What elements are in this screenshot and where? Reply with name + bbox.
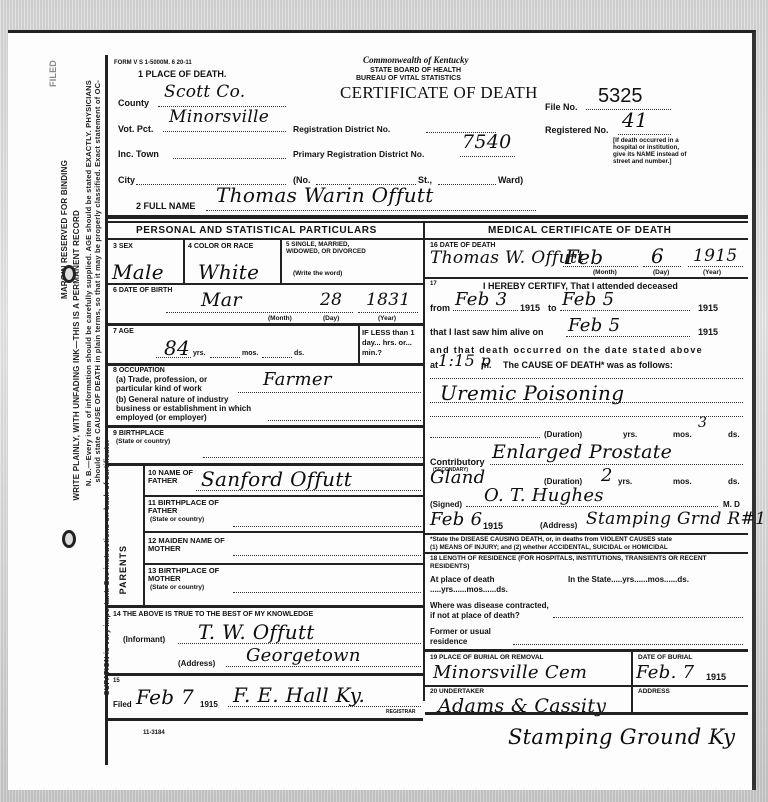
divider (425, 649, 748, 652)
divider (108, 323, 423, 326)
dob-year-field: 1831 (358, 293, 418, 313)
mother-birthplace-hint: (State or country) (150, 584, 204, 591)
contributory-months-label: mos. (673, 477, 692, 486)
full-name-value: Thomas Warin Offutt (216, 183, 434, 207)
contributory-label: Contributory (430, 457, 485, 467)
days-label: ds. (294, 350, 304, 357)
cause-line (430, 407, 743, 417)
vot-pct-value: Minorsville (169, 107, 269, 127)
registered-no-label: Registered No. (545, 125, 609, 135)
dob-label: 6 DATE OF BIRTH (113, 287, 172, 294)
registration-district-label: Registration District No. (293, 124, 390, 134)
burial-date-value: Feb. 7 (636, 662, 694, 683)
board-heading: STATE BOARD OF HEALTH (370, 67, 461, 74)
father-birthplace-field (233, 521, 421, 527)
marital-status-label: 5 SINGLE, MARRIED, WIDOWED, OR DIVORCED (286, 241, 366, 255)
signed-field: O. T. Hughes (466, 487, 718, 507)
birthplace-field (203, 450, 423, 458)
dob-year-value: 1831 (366, 290, 410, 310)
contributory-value: Enlarged Prostate (492, 441, 672, 463)
certify-number: 17 (430, 281, 437, 287)
vot-pct-label: Vot. Pct. (118, 124, 153, 134)
hospital-note: [If death occurred in a hospital or inst… (613, 137, 688, 165)
residence-at-place: At place of death .....yrs......mos.....… (430, 575, 560, 595)
city-label: City (118, 175, 135, 185)
inc-town-field (173, 149, 286, 159)
father-name-field: Sanford Offutt (196, 467, 421, 491)
duration-months-label: mos. (673, 430, 692, 439)
death-day-value: 6 (651, 244, 664, 268)
county-value: Scott Co. (164, 82, 246, 102)
contributory-duration-years-value: 2 (601, 465, 613, 486)
father-birthplace-hint: (State or country) (150, 516, 204, 523)
last-saw-field: Feb 5 (566, 317, 690, 337)
duration-label: (Duration) (544, 430, 582, 439)
birthplace-hint: (State or country) (116, 438, 170, 445)
divider (280, 238, 282, 283)
divider (108, 463, 423, 466)
informant-heading: 14 THE ABOVE IS TRUE TO THE BEST OF MY K… (113, 611, 313, 618)
to-date-field: Feb 5 (560, 291, 690, 311)
contributory-days-label: ds. (728, 477, 740, 486)
filed-label: Filed (113, 700, 132, 709)
physician-address-label: (Address) (540, 521, 577, 530)
to-label: to (548, 303, 557, 313)
former-residence-field (513, 639, 743, 645)
occupation-a-label: (a) Trade, profession, or particular kin… (116, 375, 236, 393)
registrar-label: REGISTRAR (386, 709, 415, 715)
divider (143, 495, 423, 497)
bureau-heading: BUREAU OF VITAL STATISTICS (356, 75, 461, 82)
if-less-than-day: IF LESS than 1 day... hrs. or... min.? (362, 328, 424, 358)
signed-label: (Signed) (430, 500, 462, 509)
death-month-value: Feb (565, 245, 603, 269)
divider (425, 685, 748, 687)
footnote-line-1: *State the DISEASE CAUSING DEATH, or, in… (430, 536, 672, 543)
divider (183, 238, 185, 283)
physician-address-value: Stamping Grnd R#1 (586, 509, 766, 529)
divider (143, 563, 423, 565)
sex-value: Male (112, 260, 164, 284)
mother-birthplace-field (233, 587, 421, 593)
file-no-field: 5325 (586, 85, 671, 110)
divider (108, 283, 423, 285)
informant-address-field: Georgetown (226, 647, 421, 667)
nb-instructions-line1: N. B.—Every item of information should b… (84, 80, 93, 486)
former-residence-label: Former or usual residence (430, 627, 510, 647)
registered-no-value: 41 (622, 108, 648, 132)
death-month-caption: (Month) (593, 269, 617, 276)
divider (425, 277, 748, 279)
mother-maiden-name-label: 12 MAIDEN NAME OF MOTHER (148, 537, 228, 553)
divider (425, 712, 748, 715)
marital-status-hint: (Write the word) (293, 270, 342, 277)
filed-stamp: FILED (48, 60, 58, 87)
from-label: from (430, 303, 450, 313)
primary-registration-label: Primary Registration District No. (293, 149, 424, 159)
divider (108, 673, 423, 676)
last-saw-value: Feb 5 (568, 315, 620, 336)
duration-days-label: ds. (728, 430, 740, 439)
age-years-field: 84 (156, 338, 191, 358)
primary-registration-value: 7540 (462, 131, 512, 153)
contributory-field: Enlarged Prostate (490, 443, 743, 465)
deceased-name-written: Thomas W. Offutt (430, 248, 584, 268)
file-no-value: 5325 (598, 85, 643, 108)
month-caption: (Month) (268, 315, 292, 322)
death-month-field: Feb (563, 247, 638, 267)
birthplace-label: 9 BIRTHPLACE (113, 430, 164, 437)
informant-address-label: (Address) (178, 659, 215, 668)
occupation-a-field: Farmer (238, 373, 421, 393)
cause-of-death-label: The CAUSE OF DEATH* was as follows: (503, 360, 673, 370)
occupation-b-field (268, 413, 421, 421)
signed-physician-value: O. T. Hughes (484, 485, 604, 506)
column-divider (423, 221, 425, 701)
death-year-field: 1915 (688, 247, 743, 267)
commonwealth-heading: Commonwealth of Kentucky (363, 55, 469, 65)
age-months-field (210, 350, 240, 358)
race-label: 4 COLOR OR RACE (188, 243, 253, 250)
where-contracted-field (553, 612, 743, 618)
binding-hole-icon (62, 530, 76, 548)
undertaker-address-label: ADDRESS (638, 688, 670, 695)
registered-no-field: 41 (618, 113, 671, 135)
divider (143, 465, 145, 605)
divider (108, 718, 423, 721)
divider (425, 552, 748, 554)
from-year: 1915 (520, 303, 540, 313)
cause-field: Uremic Poisoning (430, 381, 743, 403)
mother-maiden-name-field (233, 550, 421, 556)
cause-value: Uremic Poisoning (440, 381, 624, 405)
death-year-caption: (Year) (703, 269, 721, 276)
divider (108, 238, 423, 240)
death-day-caption: (Day) (653, 269, 669, 276)
footnote-line-2: (1) MEANS OF INJURY; and (2) whether ACC… (430, 544, 668, 551)
race-value: White (198, 260, 259, 284)
certificate-form: FORM V S 1-5000M. 6 20-11 Commonwealth o… (105, 55, 750, 765)
dob-day-value: 28 (320, 290, 342, 310)
write-plainly-text: WRITE PLAINLY, WITH UNFADING INK—THIS IS… (72, 210, 81, 500)
to-year: 1915 (698, 303, 718, 313)
from-date-value: Feb 3 (455, 289, 507, 310)
death-day-field: 6 (643, 247, 681, 267)
vot-pct-field: Minorsville (163, 110, 286, 132)
cause-line (430, 373, 743, 379)
primary-registration-field: 7540 (460, 135, 515, 157)
primary-duration-months-value: 3 (698, 415, 707, 431)
to-date-value: Feb 5 (562, 289, 614, 310)
informant-label: (Informant) (123, 635, 165, 644)
age-days-field (262, 350, 292, 358)
occupation-b-label: (b) General nature of industry business … (116, 395, 256, 422)
burial-place-value: Minorsville Cem (433, 662, 587, 683)
divider (631, 652, 633, 712)
divider (425, 533, 748, 535)
form-code: FORM V S 1-5000M. 6 20-11 (114, 60, 192, 66)
signed-year-value: 1915 (483, 521, 503, 531)
where-contracted-label: Where was disease contracted, if not at … (430, 601, 550, 621)
county-label: County (118, 98, 149, 108)
nb-instructions-line2: should state CAUSE OF DEATH in plain ter… (93, 80, 102, 483)
medical-section-title: MEDICAL CERTIFICATE OF DEATH (488, 225, 671, 236)
months-label: mos. (242, 350, 258, 357)
county-field: Scott Co. (158, 85, 286, 107)
burial-year-value: 1915 (706, 672, 726, 682)
m-label: m. (481, 360, 492, 370)
occupation-value: Farmer (263, 369, 332, 390)
divider (108, 363, 423, 366)
filed-date-value: Feb 7 (136, 685, 194, 709)
certificate-title: CERTIFICATE OF DEATH (340, 83, 538, 103)
occupation-label: 8 OCCUPATION (113, 367, 165, 374)
residence-in-state: In the State.....yrs......mos......ds. (568, 575, 743, 585)
inc-town-label: Inc. Town (118, 149, 159, 159)
personal-section-title: PERSONAL AND STATISTICAL PARTICULARS (136, 225, 377, 236)
duration-years-label: yrs. (623, 430, 637, 439)
years-label: yrs. (193, 350, 205, 357)
signed-date-value: Feb 6 (430, 509, 482, 530)
duration-field (430, 430, 540, 438)
residence-heading: 18 LENGTH OF RESIDENCE (FOR HOSPITALS, I… (430, 555, 745, 571)
year-caption: (Year) (378, 315, 396, 322)
sex-label: 3 SEX (113, 243, 133, 250)
burial-place-label: 19 PLACE OF BURIAL OR REMOVAL (430, 654, 544, 661)
divider (425, 238, 748, 240)
full-name-field: Thomas Warin Offutt (206, 183, 536, 211)
burial-date-label: DATE OF BURIAL (638, 654, 692, 661)
divider (108, 221, 748, 223)
divider (358, 325, 360, 363)
informant-address-value: Georgetown (246, 645, 361, 666)
file-no-label: File No. (545, 102, 578, 112)
filed-number: 15 (113, 678, 120, 684)
father-name-value: Sanford Offutt (201, 467, 352, 491)
from-date-field: Feb 3 (453, 291, 518, 311)
contributory-value-2: Gland (430, 467, 485, 488)
at-label: at (430, 360, 438, 370)
age-years-value: 84 (164, 336, 190, 360)
mother-birthplace-label: 13 BIRTHPLACE OF MOTHER (148, 567, 228, 583)
undertaker-label: 20 UNDERTAKER (430, 688, 484, 695)
divider (108, 215, 748, 219)
filed-year-value: 1915 (200, 700, 218, 709)
divider (108, 425, 423, 428)
md-label: M. D (723, 500, 740, 509)
undertaker-address-value: Stamping Ground Ky (508, 725, 735, 749)
divider (143, 531, 423, 533)
informant-field: T. W. Offutt (178, 620, 421, 644)
age-label: 7 AGE (113, 328, 134, 335)
registrar-field: F. E. Hall Ky. (228, 683, 421, 707)
informant-value: T. W. Offutt (198, 620, 315, 644)
binding-margin: FILED MARGIN RESERVED FOR BINDING WRITE … (48, 60, 108, 780)
death-year-value: 1915 (693, 246, 737, 266)
place-of-death-label: 1 PLACE OF DEATH. (138, 69, 226, 79)
day-caption: (Day) (323, 315, 339, 322)
form-number: 11-3184 (143, 730, 165, 736)
registrar-value: F. E. Hall Ky. (233, 683, 365, 707)
last-saw-year: 1915 (698, 327, 718, 337)
dob-day-field: 28 (308, 293, 353, 313)
father-birthplace-label: 11 BIRTHPLACE OF FATHER (148, 499, 228, 515)
parents-side-label: PARENTS (118, 545, 128, 594)
contributory-years-label: yrs. (618, 477, 632, 486)
last-saw-label: that I last saw him alive on (430, 327, 544, 337)
dob-month-value: Mar (201, 289, 242, 311)
dob-month-field: Mar (166, 293, 306, 313)
divider (108, 605, 423, 608)
full-name-label: 2 FULL NAME (136, 201, 195, 211)
